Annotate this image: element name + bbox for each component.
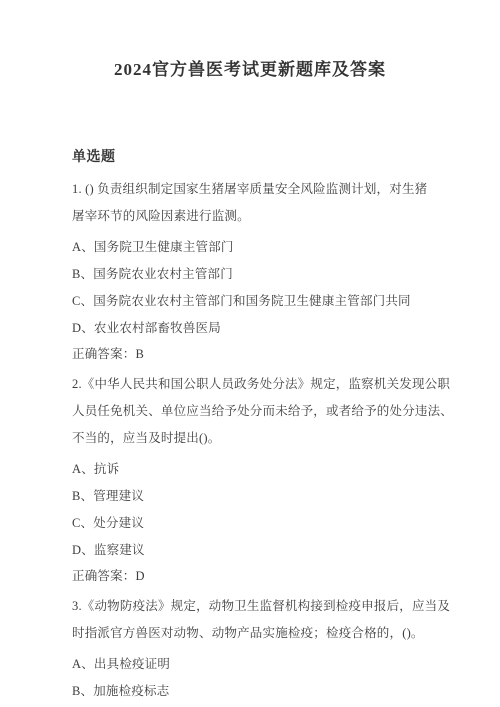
question-2-block: 2.《中华人民共和国公职人员政务处分法》规定，监察机关发现公职 人员任免机关、单… <box>72 371 472 590</box>
question-3-block: 3.《动物防疫法》规定，动物卫生监督机构接到检疫申报后，应当及 时指派官方兽医对… <box>72 593 472 705</box>
section-heading: 单选题 <box>72 148 472 168</box>
option-c: C、处分建议 <box>72 510 472 537</box>
document-page: 2024官方兽医考试更新题库及答案 单选题 1. () 负责组织制定国家生猪屠宰… <box>0 0 500 707</box>
option-b: B、加施检疫标志 <box>72 678 472 705</box>
option-b: B、管理建议 <box>72 483 472 510</box>
question-text: 1. () 负责组织制定国家生猪屠宰质量安全风险监测计划，对生猪 屠宰环节的风险… <box>72 176 472 230</box>
answer-line: 正确答案：B <box>72 341 472 368</box>
document-title: 2024官方兽医考试更新题库及答案 <box>72 56 428 84</box>
option-a: A、国务院卫生健康主管部门 <box>72 234 472 261</box>
question-text: 2.《中华人民共和国公职人员政务处分法》规定，监察机关发现公职 人员任免机关、单… <box>72 371 472 452</box>
option-b: B、国务院农业农村主管部门 <box>72 261 472 288</box>
option-a: A、抗诉 <box>72 456 472 483</box>
question-text: 3.《动物防疫法》规定，动物卫生监督机构接到检疫申报后，应当及 时指派官方兽医对… <box>72 593 472 647</box>
option-d: D、农业农村部畜牧兽医局 <box>72 315 472 342</box>
option-d: D、监察建议 <box>72 537 472 564</box>
option-c: C、国务院农业农村主管部门和国务院卫生健康主管部门共同 <box>72 288 472 315</box>
question-1-block: 1. () 负责组织制定国家生猪屠宰质量安全风险监测计划，对生猪 屠宰环节的风险… <box>72 176 472 368</box>
answer-line: 正确答案：D <box>72 563 472 590</box>
option-a: A、出具检疫证明 <box>72 651 472 678</box>
